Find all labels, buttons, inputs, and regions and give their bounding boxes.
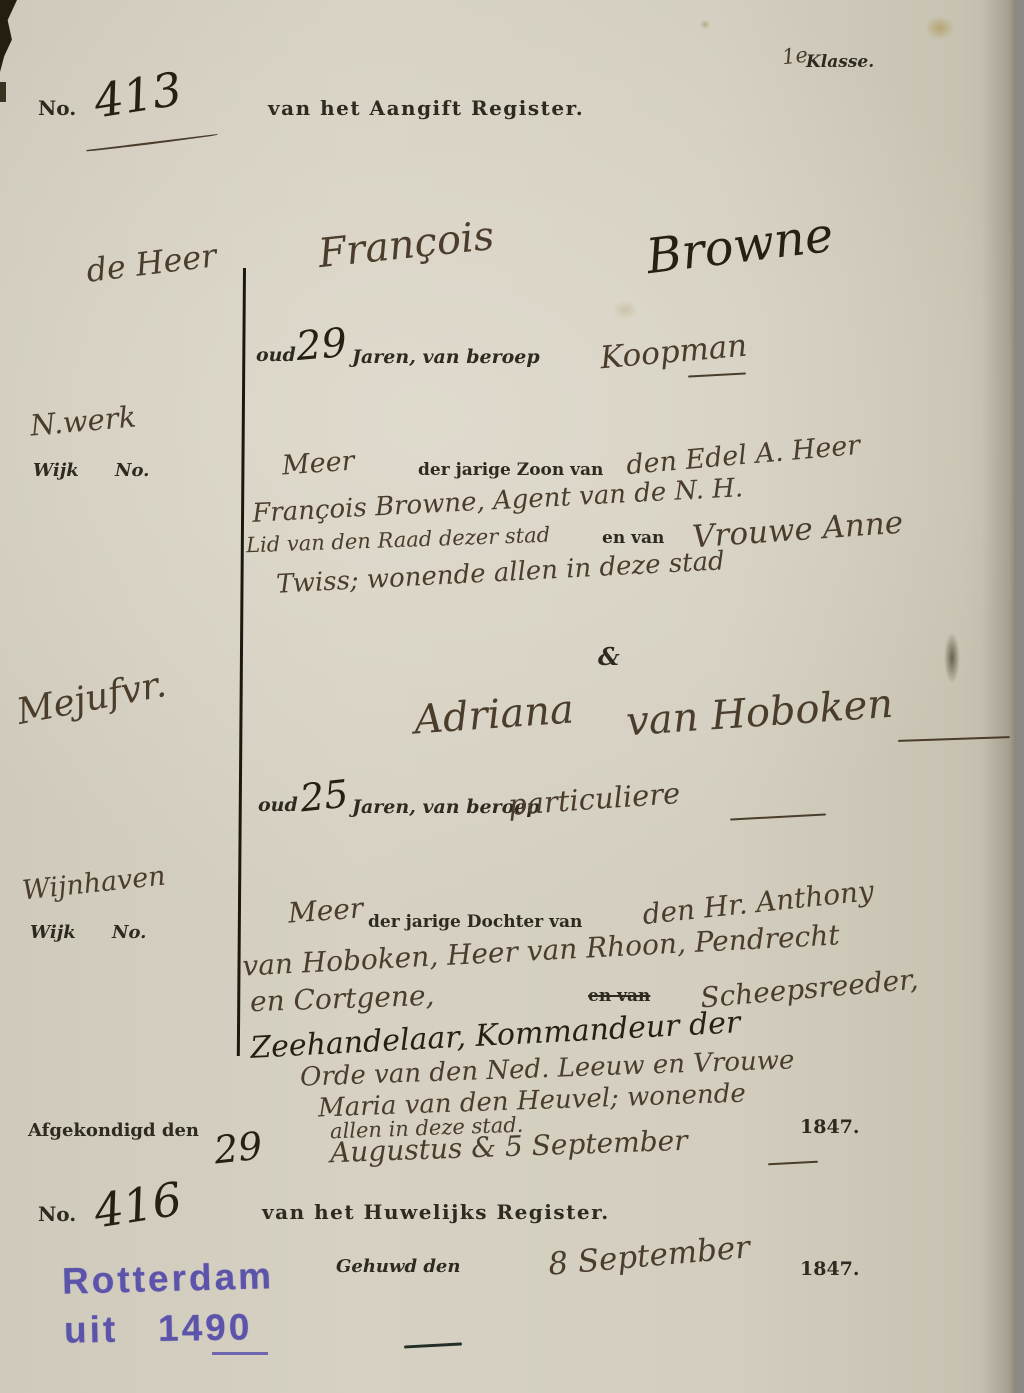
marriage-year: 1847. — [800, 1258, 860, 1280]
column-divider-rule — [237, 268, 246, 1056]
paper-edge-spot — [944, 632, 960, 684]
bride-majority: Meer — [287, 891, 364, 929]
wijk-label: Wijk — [33, 460, 79, 481]
huwelijk-no-value: 416 — [90, 1171, 185, 1238]
huwelijk-title: van het Huwelijks Register. — [262, 1200, 610, 1224]
aangift-title: van het Aangift Register. — [268, 96, 584, 120]
paper-stain — [925, 16, 955, 40]
zoon-van-label: der jarige Zoon van — [418, 460, 603, 480]
en-van-label: en van — [602, 528, 664, 548]
oud-label: oud — [258, 794, 298, 816]
archive-stamp-line1: Rotterdam — [61, 1255, 274, 1303]
edge-nick — [0, 82, 6, 102]
groom-profession: Koopman — [599, 328, 749, 377]
groom-father-line: François Browne, Agent van de N. H. — [252, 473, 744, 529]
groom-district: N.werk — [29, 399, 138, 442]
wijk-label: Wijk — [30, 922, 76, 943]
groom-mother-line: Twiss; wonende allen in deze stad — [276, 546, 726, 599]
underline-flourish — [86, 134, 217, 152]
bride-profession: particuliere — [507, 776, 681, 822]
ampersand: & — [598, 642, 620, 671]
pen-mark — [404, 1342, 462, 1348]
aangift-no-value: 413 — [90, 61, 185, 128]
bride-father-line2: en Cortgene, — [249, 979, 434, 1018]
archive-stamp-line2: uit 1490 — [64, 1306, 253, 1351]
bride-first-name: Adriana — [413, 686, 576, 743]
class-number: 1e — [781, 43, 809, 70]
paper-stain — [612, 300, 638, 320]
pen-dash — [688, 372, 746, 377]
groom-father-intro: den Edel A. Heer — [625, 430, 861, 481]
paper-stain — [700, 20, 710, 29]
stamp-underline — [212, 1352, 268, 1355]
bride-surname: van Hoboken — [625, 681, 895, 746]
paper-edge-shadow — [982, 0, 1016, 1393]
bride-district: Wijnhaven — [21, 861, 167, 907]
marriage-date: 8 September — [547, 1229, 752, 1282]
register-page-scan: 1e Klasse. No. 413 van het Aangift Regis… — [0, 0, 1024, 1393]
pen-dash — [730, 813, 826, 820]
pen-dash — [768, 1161, 818, 1166]
bride-age: 25 — [298, 772, 351, 821]
groom-honorific: de Heer — [84, 236, 218, 290]
groom-majority: Meer — [281, 446, 356, 482]
groom-first-name: François — [316, 213, 496, 277]
huwelijk-no-label: No. — [38, 1202, 76, 1226]
proclamation-day: 29 — [212, 1124, 265, 1173]
wijk-no-label: No. — [112, 922, 146, 943]
scan-background-edge — [1016, 0, 1024, 1393]
groom-father-titles: Lid van den Raad dezer stad — [246, 523, 551, 558]
aangift-no-label: No. — [38, 96, 76, 120]
afgekondigd-label: Afgekondigd den — [28, 1120, 199, 1141]
groom-surname: Browne — [643, 207, 836, 285]
wijk-no-label: No. — [115, 460, 149, 481]
class-label: Klasse. — [806, 52, 874, 72]
dochter-van-label: der jarige Dochter van — [368, 912, 582, 932]
torn-edge-top-left — [0, 0, 17, 72]
en-van-label-struck: en van — [588, 986, 650, 1006]
gehuwd-label: Gehuwd den — [336, 1256, 460, 1277]
proclamation-year: 1847. — [800, 1116, 860, 1138]
bride-honorific: Mejufvr. — [13, 664, 169, 733]
groom-age: 29 — [294, 320, 349, 370]
oud-label: oud — [256, 344, 296, 366]
jaren-beroep-label: Jaren, van beroep — [352, 346, 540, 368]
